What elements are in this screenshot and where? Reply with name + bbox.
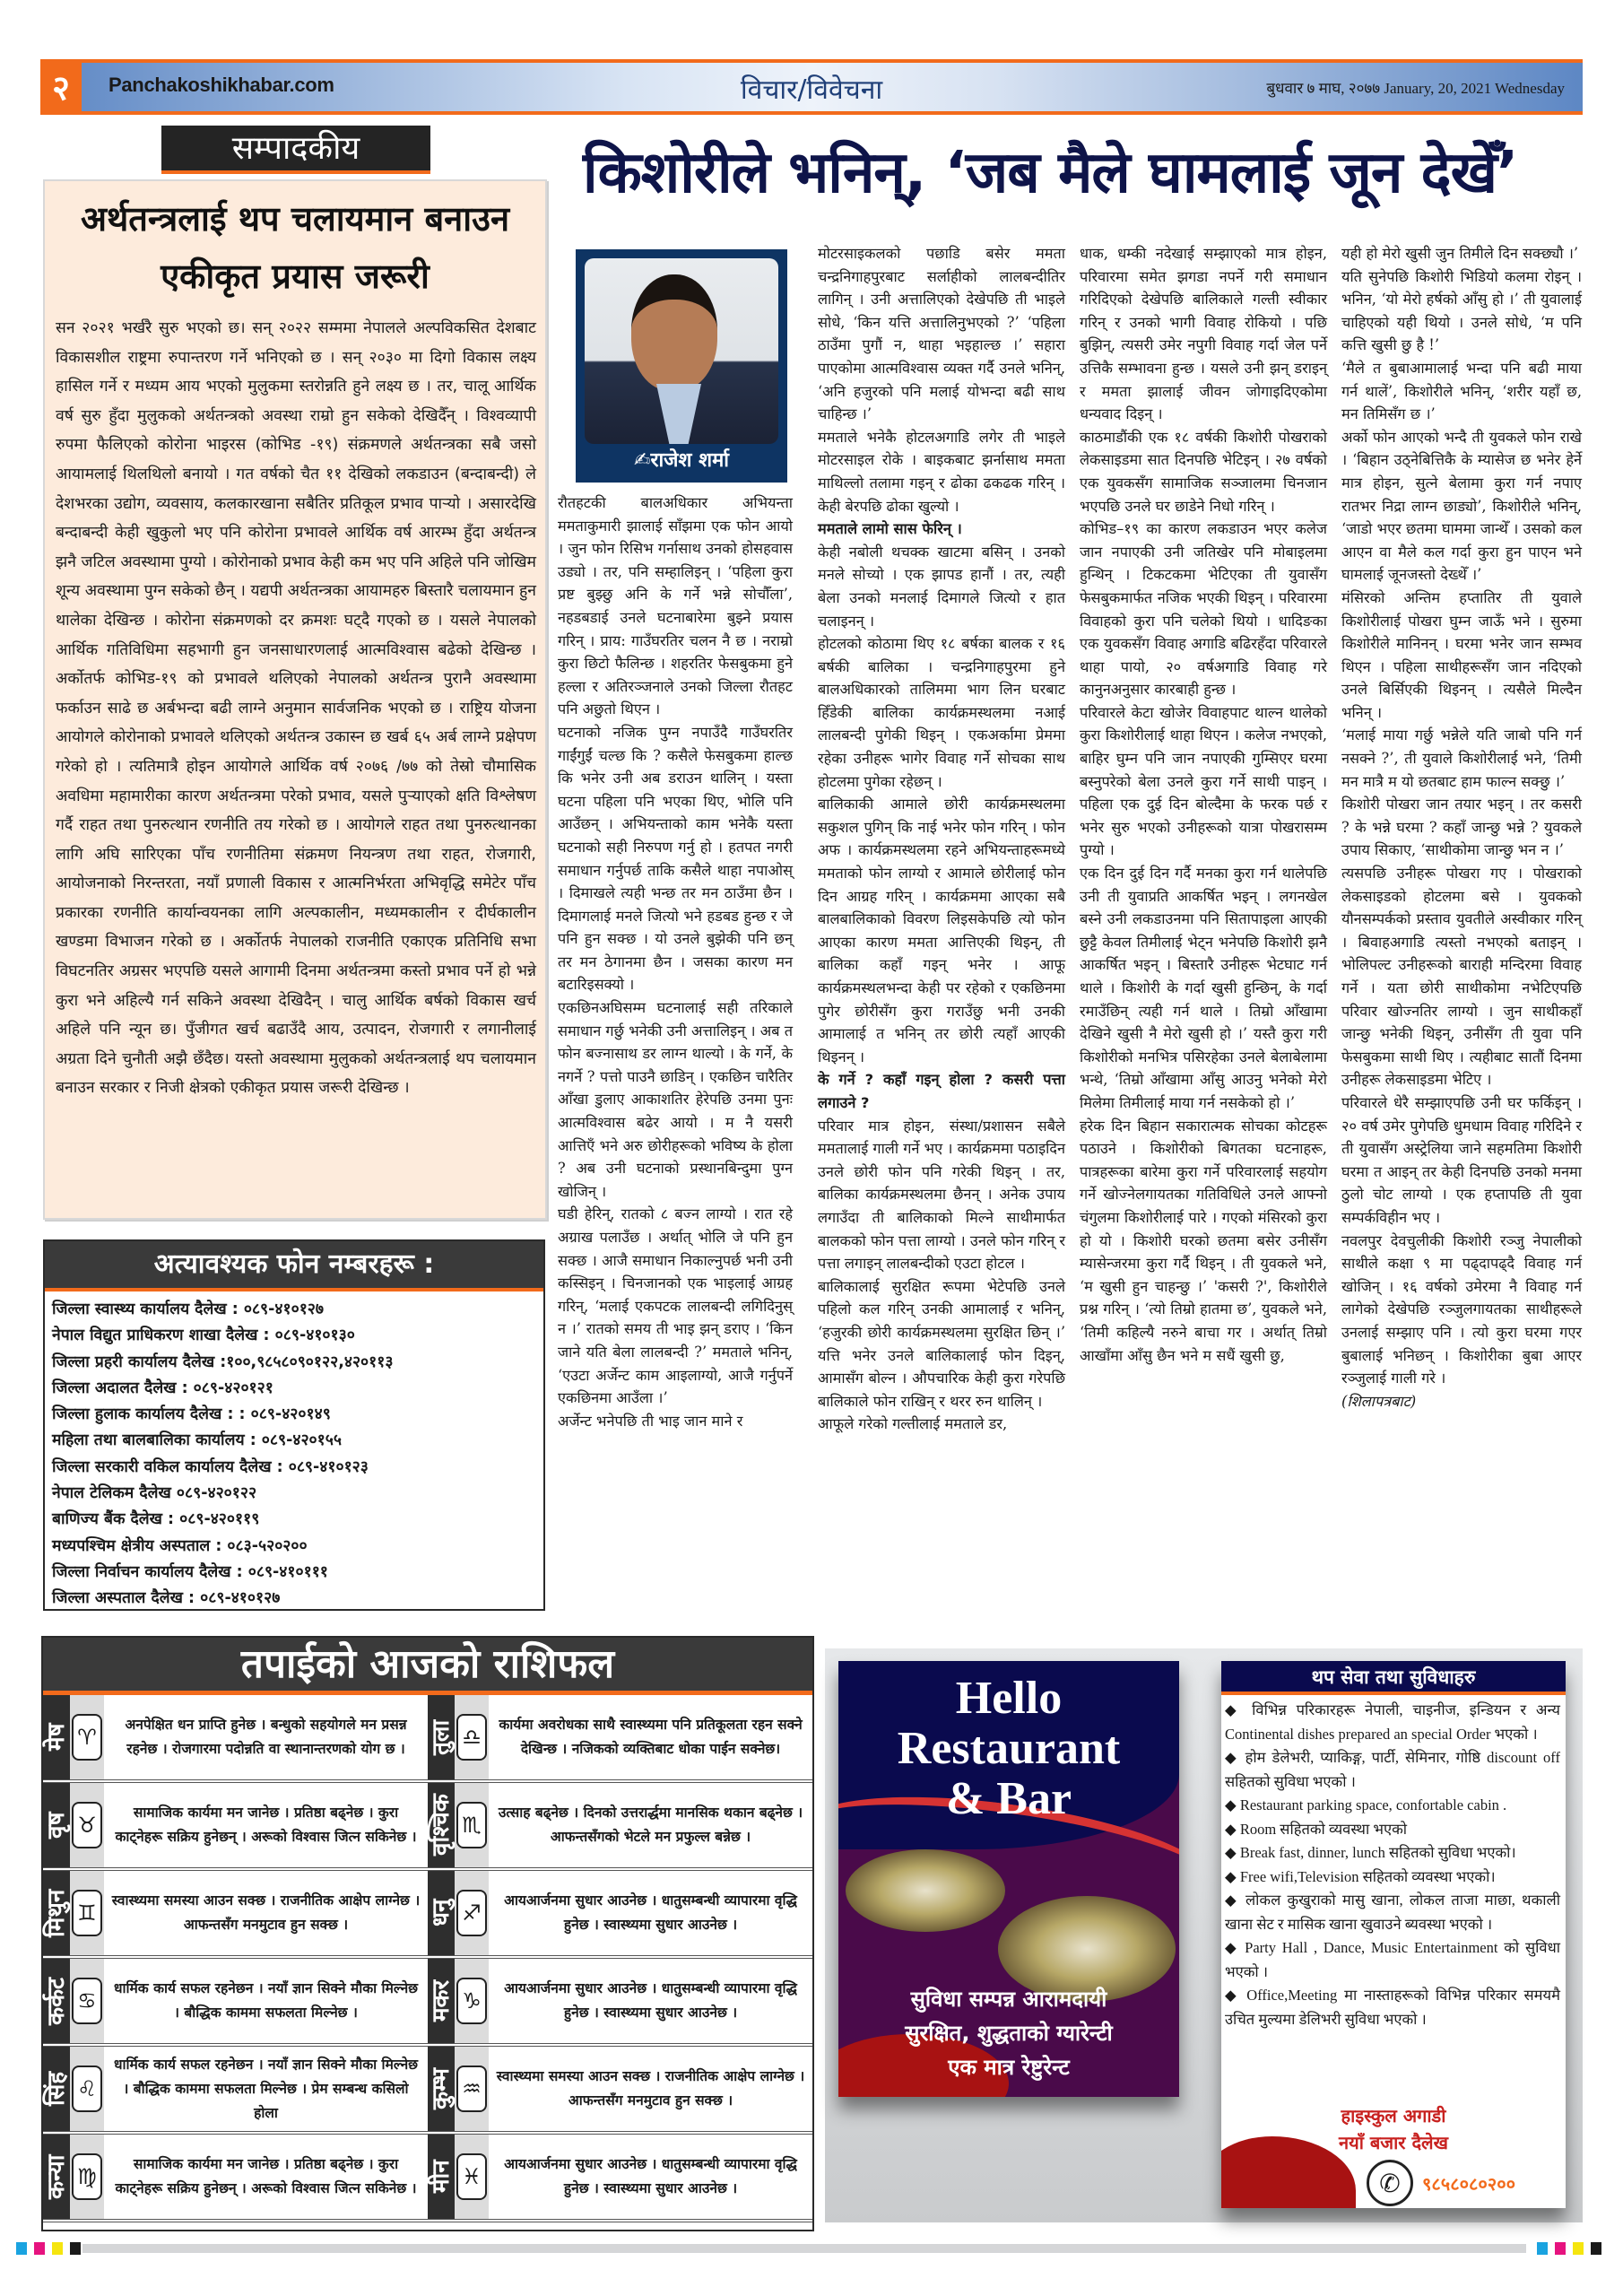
sign-icon-frame: ♐	[455, 1871, 489, 1955]
sign-icon-frame: ♋	[70, 1959, 104, 2043]
service-item: Restaurant parking space, confortable ca…	[1225, 1794, 1560, 1818]
registration-bar	[82, 2244, 1526, 2253]
article-column-3: धाक, धम्की नदेखाई सम्झाएको मात्र होइन, प…	[1080, 242, 1327, 1614]
service-item: लोकल कुखुराको मासु खाना, लोकल ताजा माछा,…	[1225, 1889, 1560, 1936]
phone-entry: नेपाल टेलिकम दैलेख ०८९-४२०१२२	[52, 1481, 536, 1507]
phone-entry: जिल्ला अदालत दैलेख : ०८९-४२०१२१	[52, 1376, 536, 1402]
sign-prediction: सामाजिक कार्यमा मन जानेछ । प्रतिष्ठा बढ्…	[104, 1783, 428, 1867]
sign-icon-frame: ♌	[70, 2047, 104, 2131]
article-subheading: ममताले लामो सास फेरिन् ।	[818, 517, 1065, 541]
phone-icon: ✆	[1367, 2160, 1413, 2206]
article-paragraph: बालिकाकी आमाले छोरी कार्यक्रमस्थलमा सकुश…	[818, 793, 1065, 1068]
article-paragraph: धाक, धम्की नदेखाई सम्झाएको मात्र होइन, प…	[1080, 242, 1327, 426]
editorial-tag: सम्पादकीय	[161, 126, 430, 174]
emergency-phone-title: अत्यावश्यक फोन नम्बरहरू :	[45, 1241, 543, 1291]
crab-icon: ♋	[72, 1978, 102, 2024]
article-paragraph: त्यसपछि उनीहरू पोखरा गए । पोखराको लेकसाइ…	[1341, 862, 1582, 1091]
author-photo	[585, 258, 778, 444]
phone-entry: जिल्ला हुलाक कार्यालय दैलेख : : ०८९-४२०१…	[52, 1402, 536, 1428]
phone-entry: जिल्ला सरकारी वकिल कार्यालय दैलेख : ०८९-…	[52, 1455, 536, 1481]
article-paragraph: काठमाडौंकी एक १८ वर्षकी किशोरी पोखराको ल…	[1080, 426, 1327, 517]
ad-phone-number: ९८५८०८०२००	[1422, 2171, 1515, 2196]
services-list: विभिन्न परिकारहरू नेपाली, चाइनीज, इन्डिय…	[1221, 1695, 1566, 2031]
ad-tagline: सुविधा सम्पन्न आरामदायी सुरक्षित, शुद्धत…	[838, 1982, 1179, 2084]
horoscope-cell-crab: कर्कट♋धार्मिक कार्य सफल रहनेछन । नयाँ ज्…	[43, 1959, 428, 2047]
editorial-box: अर्थतन्त्रलाई थप चलायमान बनाउन एकीकृत प्…	[43, 179, 547, 1220]
article-paragraph: घडी हेरिन्, रातको ८ बज्न लाग्यो । रात रह…	[558, 1203, 793, 1409]
fish-icon: ♓	[456, 2153, 487, 2200]
service-item: Room सहितको व्यवस्था भएको	[1225, 1818, 1560, 1842]
sign-prediction: कार्यमा अवरोधका साथै स्वास्थ्यमा पनि प्र…	[489, 1695, 812, 1779]
horoscope-cell-scorpion: वृश्चिक♏उत्साह बढ्नेछ । दिनको उत्तरार्द्…	[428, 1783, 812, 1871]
sign-name: धनु	[428, 1871, 455, 1955]
article-paragraph: एकछिनअघिसम्म घटनालाई सही तरिकाले समाधान …	[558, 996, 793, 1203]
sign-name: वृश्चिक	[428, 1783, 455, 1867]
horoscope-cell-water-bearer: कुम्भ♒स्वास्थ्यमा समस्या आउन सक्छ । राजन…	[428, 2047, 812, 2135]
phone-entry: बाणिज्य बैंक दैलेख : ०८९-४२०११९	[52, 1507, 536, 1533]
article-column-2: मोटरसाइकलको पछाडि बसेर ममता चन्द्रनिगाहप…	[818, 242, 1065, 1614]
horoscope-cell-scales: तुला♎कार्यमा अवरोधका साथै स्वास्थ्यमा पन…	[428, 1695, 812, 1783]
sign-name: तुला	[428, 1695, 455, 1779]
article-paragraph: ममताले भनेकै होटलअगाडि लगेर ती भाइले मोट…	[818, 426, 1065, 517]
service-item: होम डेलेभरी, प्याकिङ्ग, पार्टी, सेमिनार,…	[1225, 1746, 1560, 1794]
sign-name: सिंह	[43, 2047, 70, 2131]
article-paragraph: ‘मैले त बुबाआमालाई भन्दा पनि बढी माया गर…	[1341, 357, 1582, 426]
article-paragraph: घटनाको नजिक पुग्न नपाउँदै गाउँघरतिर गाईं…	[558, 721, 793, 996]
horoscope-box: तपाईको आजको राशिफल मेष♈अनपेक्षित धन प्रा…	[41, 1636, 814, 2231]
sign-prediction: सामाजिक कार्यमा मन जानेछ । प्रतिष्ठा बढ्…	[104, 2135, 428, 2219]
sign-icon-frame: ♍	[70, 2135, 104, 2219]
restaurant-ad[interactable]: Hello Restaurant & Bar सुविधा सम्पन्न आर…	[838, 1661, 1179, 2097]
article-paragraph: केही नबोली थचक्क खाटमा बसिन् । उनको मनले…	[818, 541, 1065, 632]
horoscope-cell-maiden: कन्या♍सामाजिक कार्यमा मन जानेछ । प्रतिष्…	[43, 2135, 428, 2222]
editorial-title: अर्थतन्त्रलाई थप चलायमान बनाउन एकीकृत प्…	[45, 190, 545, 305]
article-paragraph: यही हो मेरो खुसी जुन तिमीले दिन सक्छ्यौ …	[1341, 242, 1582, 265]
swatch-black-right	[1591, 2242, 1601, 2255]
ad-address: हाइस्कुल अगाडी नयाँ बजार दैलेख	[1221, 2102, 1566, 2156]
horoscope-cell-archer: धनु♐आयआर्जनमा सुधार आउनेछ । धातुसम्बन्धी…	[428, 1871, 812, 1959]
swatch-black	[70, 2242, 81, 2255]
sign-icon-frame: ♑	[455, 1959, 489, 2043]
editorial-body: सन २०२१ भर्खरै सुरु भएको छ। सन् २०२२ सम्…	[45, 305, 545, 1103]
article-paragraph: एक दिन दुई दिन गर्दै मनका कुरा गर्न थाले…	[1080, 862, 1327, 1115]
phone-entry: जिल्ला निर्वाचन कार्यालय दैलेख : ०८९-४१०…	[52, 1560, 536, 1586]
sign-icon-frame: ♉	[70, 1783, 104, 1867]
article-paragraph: नवलपुर देवचुलीकी किशोरी रञ्जु नेपालीको स…	[1341, 1230, 1582, 1390]
horoscope-cell-fish: मीन♓आयआर्जनमा सुधार आउनेछ । धातुसम्बन्धी…	[428, 2135, 812, 2222]
phone-entry: मध्यपश्चिम क्षेत्रीय अस्पताल : ०८३-५२०२०…	[52, 1534, 536, 1560]
maiden-icon: ♍	[72, 2153, 102, 2200]
author-face	[631, 274, 717, 391]
sign-icon-frame: ♒	[455, 2047, 489, 2131]
sign-name: कन्या	[43, 2135, 70, 2219]
horoscope-cell-ram: मेष♈अनपेक्षित धन प्राप्ति हुनेछ । बन्धुक…	[43, 1695, 428, 1783]
phone-entry: जिल्ला स्वास्थ्य कार्यालय दैलेख : ०८९-४१…	[52, 1297, 536, 1323]
article-paragraph: अर्को फोन आएको भन्दै ती युवकले फोन राखे …	[1341, 426, 1582, 587]
article-paragraph: परिवारले धेरै सम्झाएपछि उनी घर फर्किइन् …	[1341, 1091, 1582, 1230]
sign-icon-frame: ♏	[455, 1783, 489, 1867]
author-shirt	[656, 384, 701, 444]
lion-icon: ♌	[72, 2066, 102, 2112]
sign-prediction: धार्मिक कार्य सफल रहनेछन । नयाँ ज्ञान सि…	[104, 2047, 428, 2131]
article-paragraph: परिवारले केटा खोजेर विवाहपाट थाल्न थालेक…	[1080, 701, 1327, 862]
horoscope-cell-twins: मिथुन♊स्वास्थ्यमा समस्या आउन सक्छ । राजन…	[43, 1871, 428, 1959]
article-paragraph: किशोरी पोखरा जान तयार भइन् । तर कसरी ? क…	[1341, 793, 1582, 862]
archer-icon: ♐	[456, 1890, 487, 1936]
service-item: विभिन्न परिकारहरू नेपाली, चाइनीज, इन्डिय…	[1225, 1699, 1560, 1746]
horoscope-cell-lion: सिंह♌धार्मिक कार्य सफल रहनेछन । नयाँ ज्ञ…	[43, 2047, 428, 2135]
article-paragraph: ‘मलाई माया गर्छु भन्नेले यति जाबो पनि गर…	[1341, 724, 1582, 793]
sign-prediction: आयआर्जनमा सुधार आउनेछ । धातुसम्बन्धी व्य…	[489, 1871, 812, 1955]
scales-icon: ♎	[456, 1714, 487, 1761]
sign-name: कुम्भ	[428, 2047, 455, 2131]
horoscope-cell-goat: मकर♑आयआर्जनमा सुधार आउनेछ । धातुसम्बन्धी…	[428, 1959, 812, 2047]
sign-name: मकर	[428, 1959, 455, 2043]
scorpion-icon: ♏	[456, 1802, 487, 1848]
article-paragraph: मोटरसाइकलको पछाडि बसेर ममता चन्द्रनिगाहप…	[818, 242, 1065, 426]
article-subheading: के गर्ने ? कहाँ गइन् होला ? कसरी पत्ता ल…	[818, 1068, 1065, 1114]
article-paragraph: आफूले गरेको गल्तीलाई ममताले डर,	[818, 1413, 1065, 1436]
article-paragraph: बालिकालाई सुरक्षित रूपमा भेटेपछि उनले पह…	[818, 1275, 1065, 1413]
print-registration-marks	[0, 2242, 1623, 2260]
goat-icon: ♑	[456, 1978, 487, 2024]
swatch-magenta-right	[1555, 2242, 1566, 2255]
phone-entry: जिल्ला अस्पताल दैलेख : ०८९-४१०१२७	[52, 1586, 536, 1612]
article-column-4: यही हो मेरो खुसी जुन तिमीले दिन सक्छ्यौ …	[1341, 242, 1582, 1614]
sign-name: मीन	[428, 2135, 455, 2219]
swatch-yellow-right	[1573, 2242, 1584, 2255]
sign-icon-frame: ♎	[455, 1695, 489, 1779]
services-title: थप सेवा तथा सुविधाहरु	[1221, 1661, 1566, 1695]
article-paragraph: होटलको कोठामा थिए १८ बर्षका बालक र १६ बर…	[818, 632, 1065, 793]
author-box: ✍राजेश शर्मा	[576, 249, 787, 483]
ad-title: Hello Restaurant & Bar	[838, 1661, 1179, 1824]
twins-icon: ♊	[72, 1890, 102, 1936]
phone-list: जिल्ला स्वास्थ्य कार्यालय दैलेख : ०८९-४१…	[45, 1291, 543, 1618]
horoscope-cell-bull: वृष♉सामाजिक कार्यमा मन जानेछ । प्रतिष्ठा…	[43, 1783, 428, 1871]
horoscope-grid: मेष♈अनपेक्षित धन प्राप्ति हुनेछ । बन्धुक…	[43, 1695, 812, 2222]
article-paragraph: मंसिरको अन्तिम हप्तातिर ती युवाले किशोरी…	[1341, 587, 1582, 725]
service-item: Free wifi,Television सहितको व्यवस्था भएक…	[1225, 1865, 1560, 1890]
article-headline: किशोरीले भनिन्, ‘जब मैले घामलाई जून देखे…	[583, 131, 1517, 209]
sign-prediction: स्वास्थ्यमा समस्या आउन सक्छ । राजनीतिक आ…	[104, 1871, 428, 1955]
ad-phone: ✆ ९८५८०८०२००	[1367, 2160, 1515, 2206]
article-column-1: रौतहटकी बालअधिकार अभियन्ता ममताकुमारी झा…	[558, 491, 793, 1613]
article-paragraph: हरेक दिन बिहान सकारात्मक सोचका कोटहरू पठ…	[1080, 1115, 1327, 1368]
ram-icon: ♈	[72, 1714, 102, 1761]
page-header: २ Panchakoshikhabar.com विचार/विवेचना बु…	[40, 59, 1583, 115]
swatch-cyan-right	[1537, 2242, 1548, 2255]
sign-prediction: धार्मिक कार्य सफल रहनेछन । नयाँ ज्ञान सि…	[104, 1959, 428, 2043]
pen-icon: ✍	[634, 449, 650, 472]
article-credit: (शिलापत्रबाट)	[1341, 1390, 1582, 1413]
article-paragraph: अर्जेन्ट भनेपछि ती भाइ जान माने र	[558, 1410, 793, 1433]
phone-entry: महिला तथा बालबालिका कार्यालय : ०८९-४२०१५…	[52, 1428, 536, 1454]
horoscope-title: तपाईको आजको राशिफल	[43, 1638, 812, 1695]
sign-name: वृष	[43, 1783, 70, 1867]
sign-prediction: स्वास्थ्यमा समस्या आउन सक्छ । राजनीतिक आ…	[489, 2047, 812, 2131]
swatch-magenta	[34, 2242, 45, 2255]
sign-icon-frame: ♈	[70, 1695, 104, 1779]
service-item: Break fast, dinner, lunch सहितको सुविधा …	[1225, 1841, 1560, 1865]
article-paragraph: कोभिड–१९ का कारण लकडाउन भएर कलेज जान नपा…	[1080, 517, 1327, 701]
sign-prediction: उत्साह बढ्नेछ । दिनको उत्तरार्द्धमा मानस…	[489, 1783, 812, 1867]
article-paragraph: रौतहटकी बालअधिकार अभियन्ता ममताकुमारी झा…	[558, 491, 793, 721]
water-bearer-icon: ♒	[456, 2066, 487, 2112]
sign-icon-frame: ♓	[455, 2135, 489, 2219]
sign-prediction: अनपेक्षित धन प्राप्ति हुनेछ । बन्धुको सह…	[104, 1695, 428, 1779]
sign-prediction: आयआर्जनमा सुधार आउनेछ । धातुसम्बन्धी व्य…	[489, 2135, 812, 2219]
sign-prediction: आयआर्जनमा सुधार आउनेछ । धातुसम्बन्धी व्य…	[489, 1959, 812, 2043]
services-ad[interactable]: थप सेवा तथा सुविधाहरु विभिन्न परिकारहरू …	[1221, 1661, 1566, 2208]
restaurant-photo-1	[846, 1849, 1005, 1932]
emergency-phone-box: अत्यावश्यक फोन नम्बरहरू : जिल्ला स्वास्थ…	[43, 1239, 545, 1611]
service-item: Party Hall , Dance, Music Entertainment …	[1225, 1936, 1560, 1984]
author-name: ✍राजेश शर्मा	[585, 444, 778, 478]
phone-entry: जिल्ला प्रहरी कार्यालय दैलेख :१००,९८५८०९…	[52, 1350, 536, 1376]
service-item: Office,Meeting मा नास्ताहरूको विभिन्न पर…	[1225, 1984, 1560, 2031]
article-paragraph: परिवार मात्र होइन, संस्था/प्रशासन सबैले …	[818, 1115, 1065, 1275]
bull-icon: ♉	[72, 1802, 102, 1848]
phone-entry: नेपाल विद्युत प्राधिकरण शाखा दैलेख : ०८९…	[52, 1323, 536, 1349]
sign-icon-frame: ♊	[70, 1871, 104, 1955]
swatch-cyan	[16, 2242, 27, 2255]
sign-name: मिथुन	[43, 1871, 70, 1955]
sign-name: मेष	[43, 1695, 70, 1779]
article-paragraph: यति सुनेपछि किशोरी भिडियो कलमा रोइन् । भ…	[1341, 265, 1582, 357]
sign-name: कर्कट	[43, 1959, 70, 2043]
dateline: बुधवार ७ माघ, २०७७ January, 20, 2021 Wed…	[1266, 77, 1565, 98]
swatch-yellow	[52, 2242, 63, 2255]
